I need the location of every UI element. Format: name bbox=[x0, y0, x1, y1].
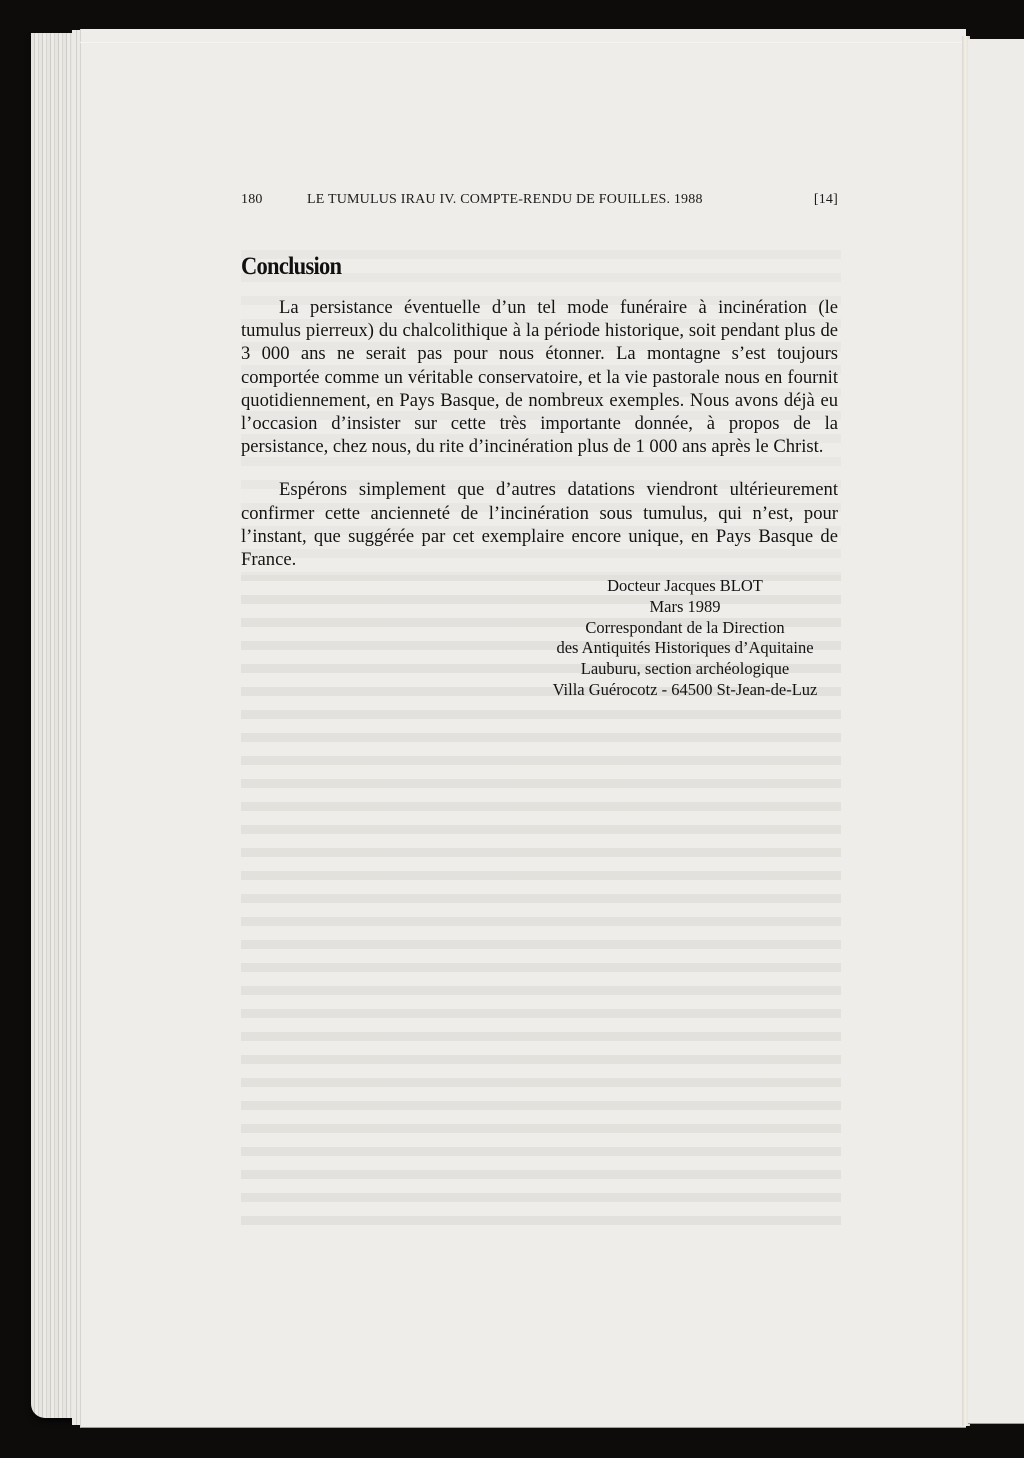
running-title: LE TUMULUS IRAU IV. COMPTE-RENDU DE FOUI… bbox=[307, 192, 703, 208]
signature-address: Villa Guérocotz - 64500 St-Jean-de-Luz bbox=[515, 680, 855, 701]
signature-author: Docteur Jacques BLOT bbox=[515, 576, 855, 597]
page-reference: [14] bbox=[814, 192, 838, 208]
facing-page-edge bbox=[968, 39, 1024, 1424]
section-title: Conclusion bbox=[241, 250, 778, 284]
signature-role-line2: des Antiquités Historiques d’Aquitaine bbox=[515, 638, 855, 659]
paragraph-2: Espérons simplement que d’autres datatio… bbox=[241, 478, 838, 571]
page-number: 180 bbox=[241, 192, 263, 208]
page-top-edge bbox=[80, 42, 965, 43]
signature-role-line1: Correspondant de la Direction bbox=[515, 618, 855, 639]
signature-block: Docteur Jacques BLOT Mars 1989 Correspon… bbox=[515, 576, 855, 701]
signature-date: Mars 1989 bbox=[515, 597, 855, 618]
paragraph-1: La persistance éventuelle d’un tel mode … bbox=[241, 296, 838, 458]
signature-affiliation: Lauburu, section archéologique bbox=[515, 659, 855, 680]
main-content: Conclusion La persistance éventuelle d’u… bbox=[241, 250, 838, 591]
running-head: 180 LE TUMULUS IRAU IV. COMPTE-RENDU DE … bbox=[241, 192, 838, 212]
book-page bbox=[80, 29, 966, 1428]
